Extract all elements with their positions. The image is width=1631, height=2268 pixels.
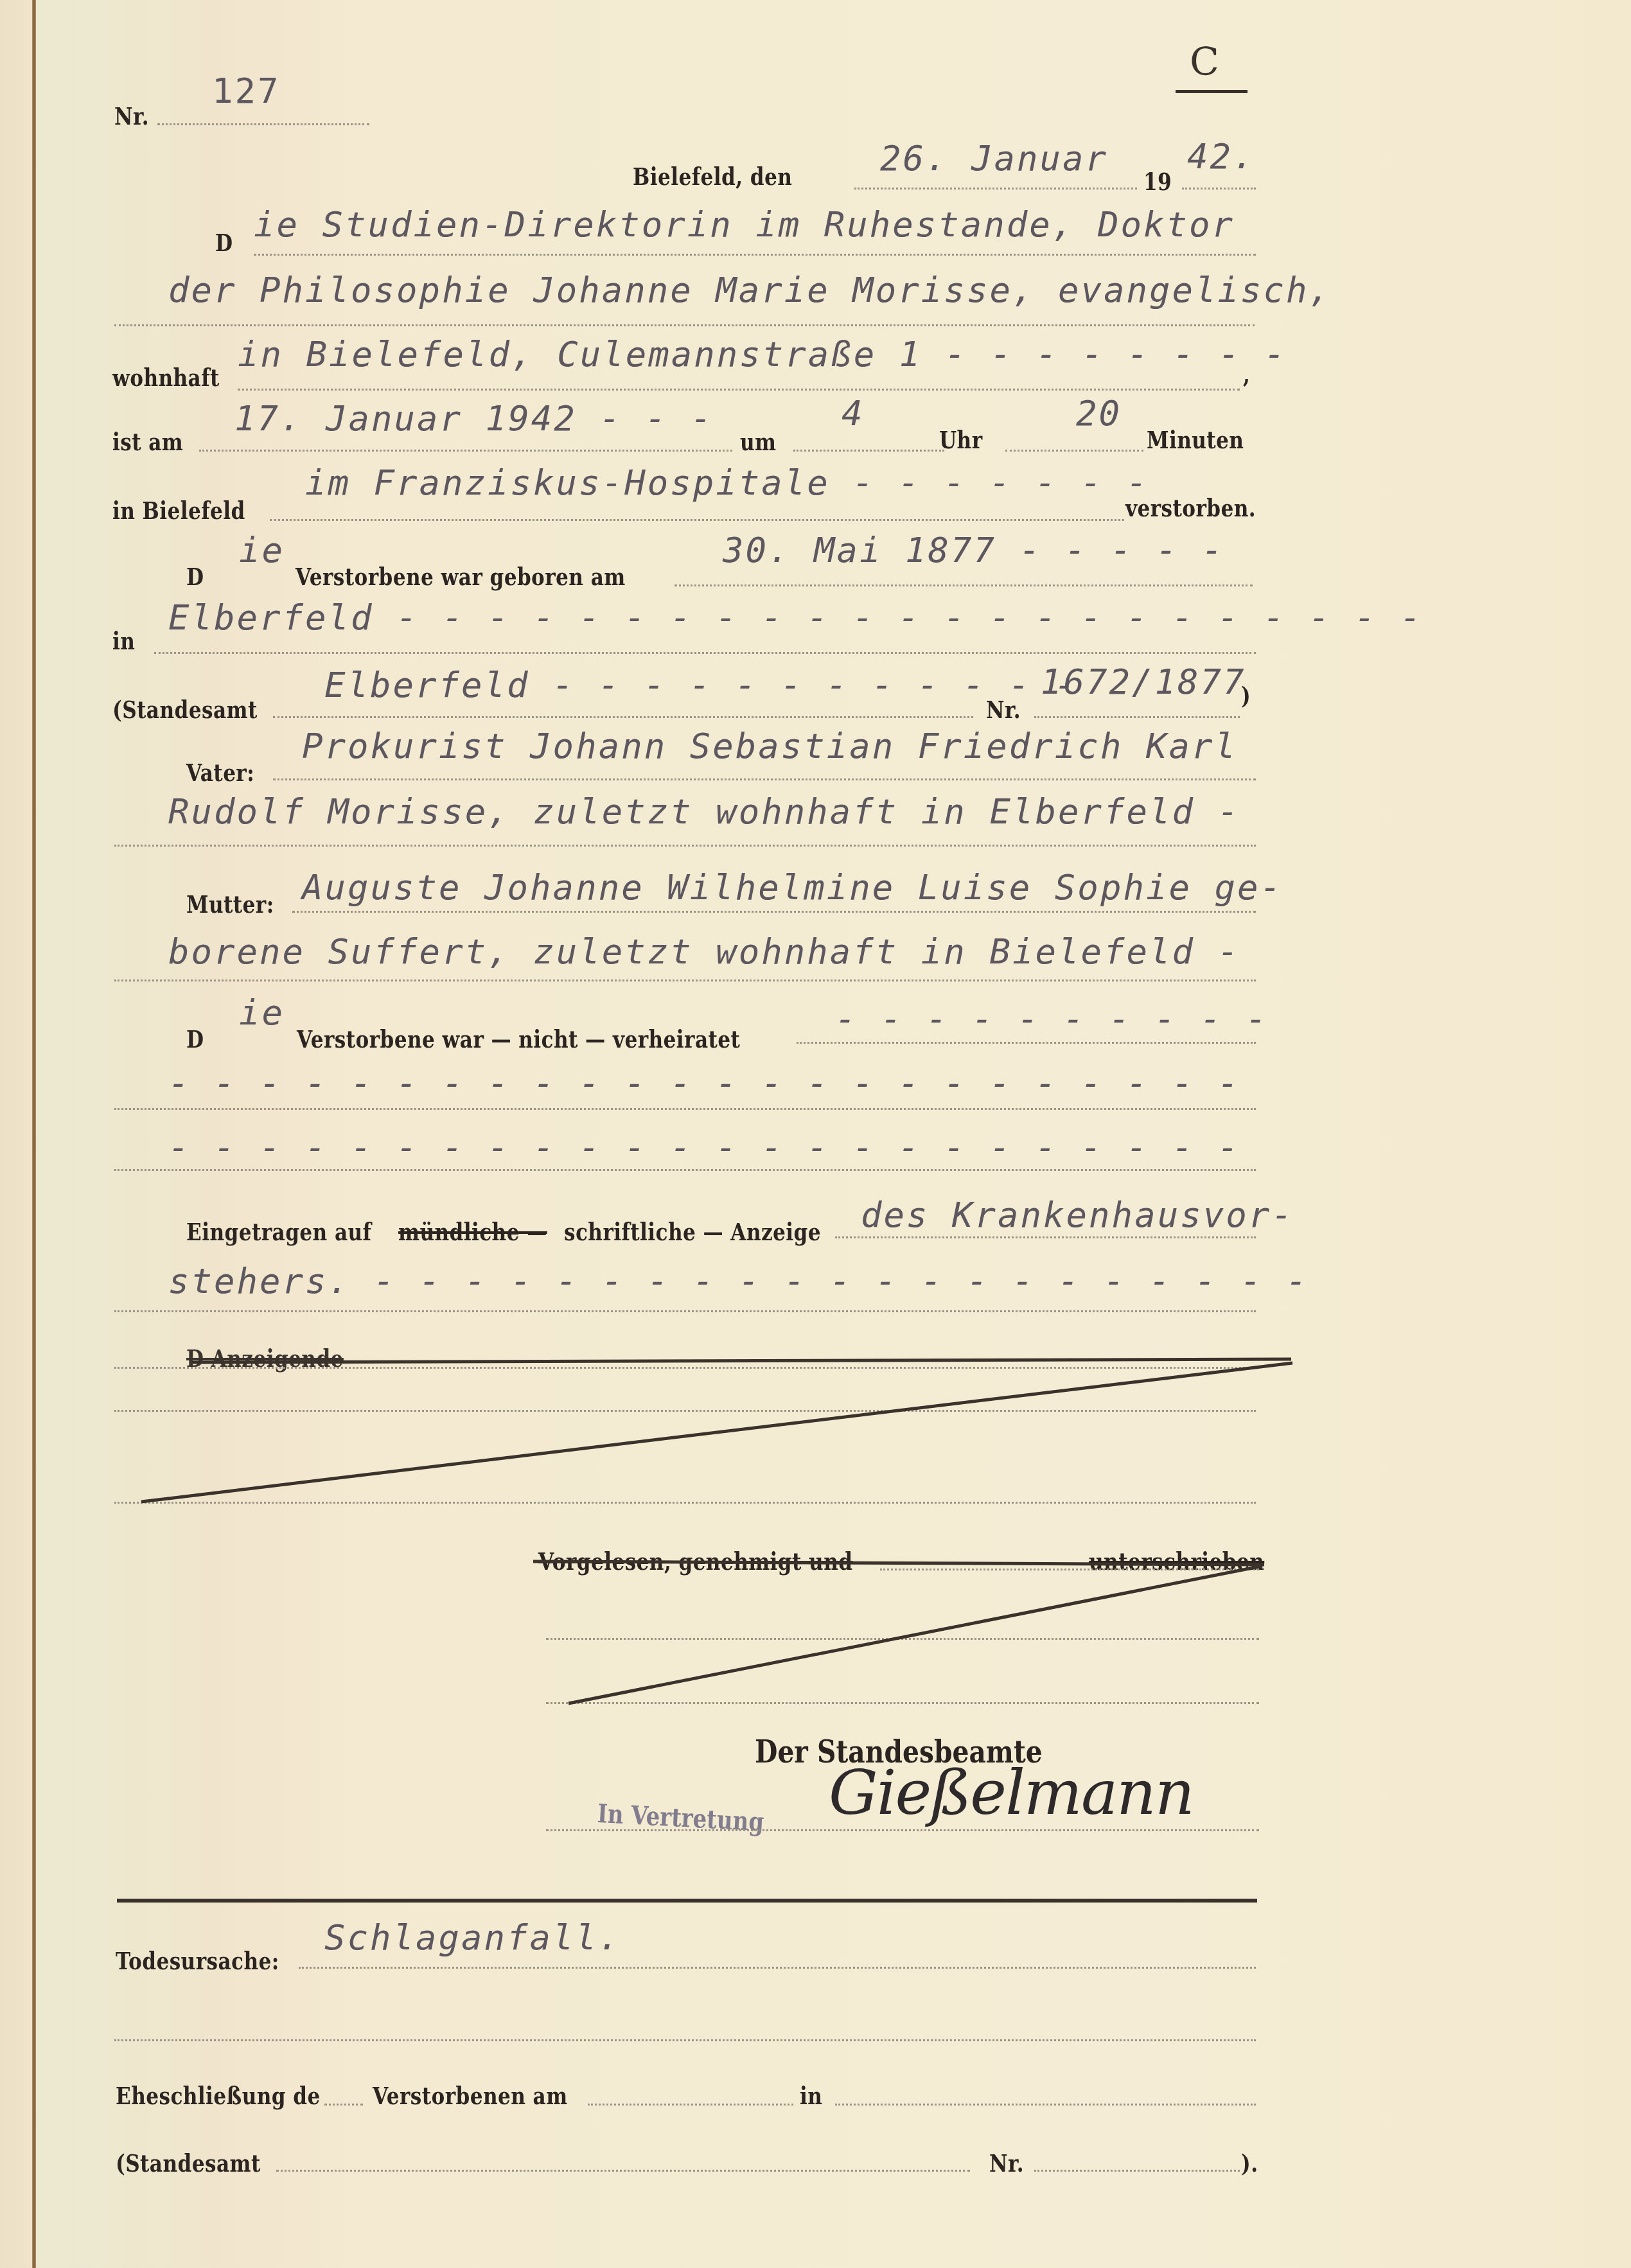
cause-of-death-label: Todesursache:: [116, 1946, 279, 1975]
marriage-nr-label: Nr.: [989, 2149, 1024, 2177]
marriage-registry-label: (Standesamt: [116, 2149, 261, 2177]
section-separator: [117, 1899, 1257, 1903]
marriage-place-rule: [835, 2104, 1256, 2105]
marriage-label-mid: Verstorbenen am: [373, 2081, 568, 2110]
registrar-signature: Gießelmann: [829, 1757, 1194, 1829]
cause-of-death-rule: [299, 1967, 1256, 1969]
cause-of-death-value: Schlaganfall.: [324, 1917, 621, 1958]
cancellation-strokes: [0, 0, 1631, 2268]
marriage-label-prefix: Eheschließung de: [116, 2081, 321, 2110]
cause-of-death-rule-2: [114, 2039, 1256, 2041]
marriage-nr-rule: [1034, 2170, 1240, 2172]
marriage-article-rule: [324, 2104, 363, 2105]
marriage-close: ).: [1241, 2149, 1258, 2177]
marriage-date-rule: [588, 2104, 793, 2105]
marriage-registry-rule: [276, 2170, 970, 2172]
signature-rule: [546, 1829, 1259, 1831]
marriage-in-label: in: [800, 2081, 822, 2110]
